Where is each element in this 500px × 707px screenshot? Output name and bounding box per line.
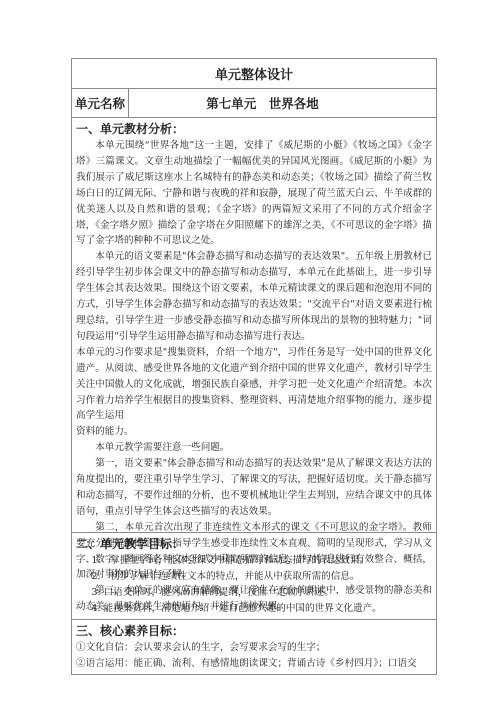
section-textbook-analysis: 一、单元教材分析： 本单元围绕“世界各地”这一主题，安排了《威尼斯的小艇》《牧场…	[72, 118, 436, 533]
unit-design-table: 单元整体设计 单元名称 第七单元 世界各地 一、单元教材分析： 本单元围绕“世界…	[71, 58, 437, 675]
unit-name-row: 单元名称 第七单元 世界各地	[72, 89, 436, 118]
unit-name-value: 第七单元 世界各地	[129, 89, 436, 117]
section-heading: 一、单元教材分析：	[76, 120, 432, 138]
paragraph: 第一，语文要素"体会静态描写和动态描写的表达效果"是从了解课文表达方法的角度提出…	[76, 456, 432, 520]
document-title-row: 单元整体设计	[72, 59, 436, 89]
core-literacy-item: ②语言运用：能正确、流利、有感情地朗读课文；背诵古诗《乡村四月》；口语交	[76, 656, 432, 672]
paragraph: 资料的能力。	[76, 424, 432, 440]
paragraph: 本单元围绕“世界各地”这一主题，安排了《威尼斯的小艇》《牧场之国》《金字塔》三篇…	[76, 138, 432, 249]
paragraph: 本单元教学需要注意一些问题。	[76, 440, 432, 456]
section-core-literacy: 三、核心素养目标： ①文化自信：会认要求会认的生字，会写要求会写的生字； ②语言…	[72, 620, 436, 674]
paragraph: 本单元的习作要求是"搜集资料，介绍一个地方"，习作任务是写一处中国的世界文化遗产…	[76, 345, 432, 425]
document-title: 单元整体设计	[215, 64, 293, 83]
core-literacy-item: ①文化自信：会认要求会认的生字，会写要求会写的生字；	[76, 640, 432, 656]
paragraph: 本单元的语文要素是"体会静态描写和动态描写的表达效果"。五年级上册教材已经引导学…	[76, 249, 432, 344]
unit-name-label: 单元名称	[72, 89, 129, 117]
section-heading: 三、核心素养目标：	[76, 622, 432, 640]
goal-item: 4. 能搜集资料，清楚地介绍一处自己感兴趣的中国的世界文化遗产。	[76, 601, 432, 617]
